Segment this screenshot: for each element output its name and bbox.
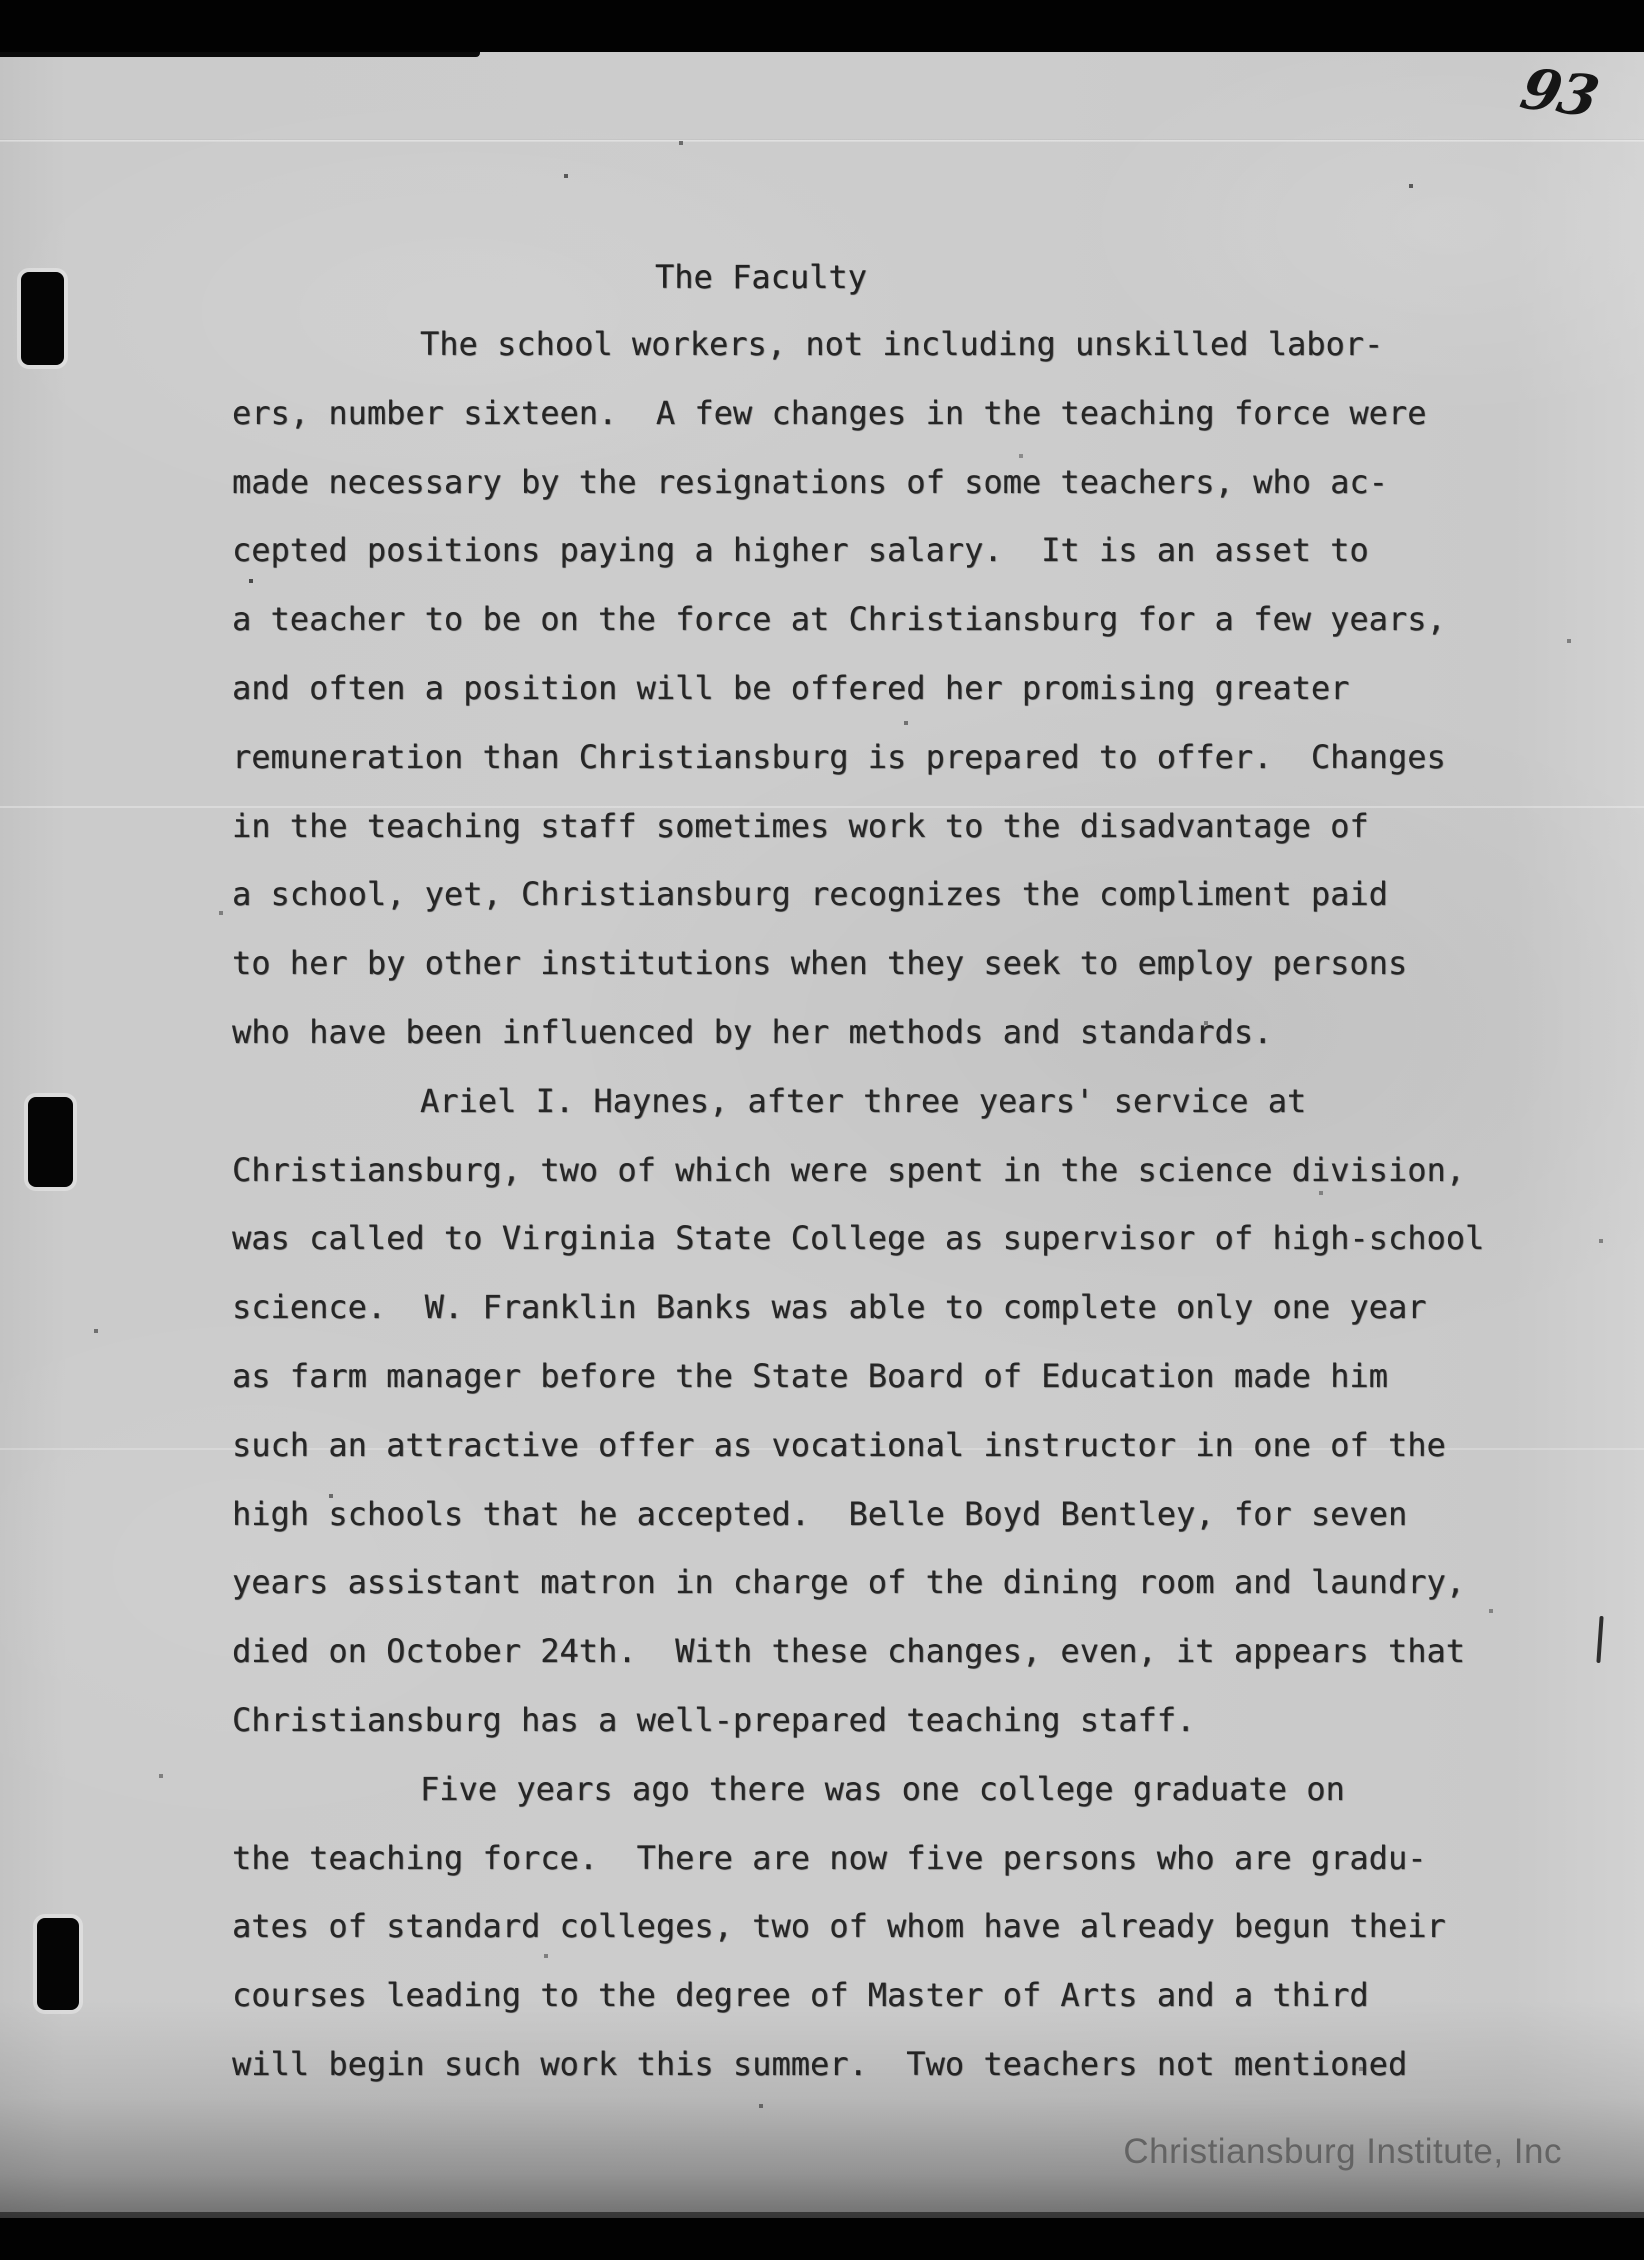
- text-line: ates of standard colleges, two of whom h…: [232, 1892, 1562, 1961]
- text-line: to her by other institutions when they s…: [232, 929, 1562, 998]
- punch-hole-mark: [37, 1918, 79, 2010]
- handwritten-page-number: 93: [1515, 56, 1603, 130]
- scan-edge-bottom: [0, 2218, 1644, 2260]
- punch-hole-mark: [21, 272, 64, 365]
- text-line: a school, yet, Christiansburg recognizes…: [232, 860, 1562, 929]
- watermark: Christiansburg Institute, Inc: [1123, 2132, 1562, 2172]
- page-title: The Faculty: [655, 258, 867, 296]
- text-line: will begin such work this summer. Two te…: [232, 2030, 1562, 2099]
- text-line: made necessary by the resignations of so…: [232, 448, 1562, 517]
- text-line: courses leading to the degree of Master …: [232, 1961, 1562, 2030]
- text-line: high schools that he accepted. Belle Boy…: [232, 1480, 1562, 1549]
- scan-edge-top: [0, 0, 1644, 52]
- text-line: years assistant matron in charge of the …: [232, 1548, 1562, 1617]
- text-line: and often a position will be offered her…: [232, 654, 1562, 723]
- text-line: who have been influenced by her methods …: [232, 998, 1562, 1067]
- text-line: Ariel I. Haynes, after three years' serv…: [232, 1067, 1562, 1136]
- text-line: in the teaching staff sometimes work to …: [232, 792, 1562, 861]
- text-line: a teacher to be on the force at Christia…: [232, 585, 1562, 654]
- text-line: remuneration than Christiansburg is prep…: [232, 723, 1562, 792]
- text-line: died on October 24th. With these changes…: [232, 1617, 1562, 1686]
- text-line: Five years ago there was one college gra…: [232, 1755, 1562, 1824]
- text-line: The school workers, not including unskil…: [232, 310, 1562, 379]
- typewritten-text: The school workers, not including unskil…: [232, 310, 1562, 2099]
- scanned-document: 93 The Faculty The school workers, not i…: [0, 0, 1644, 2260]
- text-line: Christiansburg has a well-prepared teach…: [232, 1686, 1562, 1755]
- text-line: the teaching force. There are now five p…: [232, 1824, 1562, 1893]
- text-line: such an attractive offer as vocational i…: [232, 1411, 1562, 1480]
- text-line: science. W. Franklin Banks was able to c…: [232, 1273, 1562, 1342]
- text-line: cepted positions paying a higher salary.…: [232, 516, 1562, 585]
- punch-hole-mark: [28, 1097, 73, 1187]
- text-line: as farm manager before the State Board o…: [232, 1342, 1562, 1411]
- text-line: was called to Virginia State College as …: [232, 1204, 1562, 1273]
- text-line: Christiansburg, two of which were spent …: [232, 1136, 1562, 1205]
- text-line: ers, number sixteen. A few changes in th…: [232, 379, 1562, 448]
